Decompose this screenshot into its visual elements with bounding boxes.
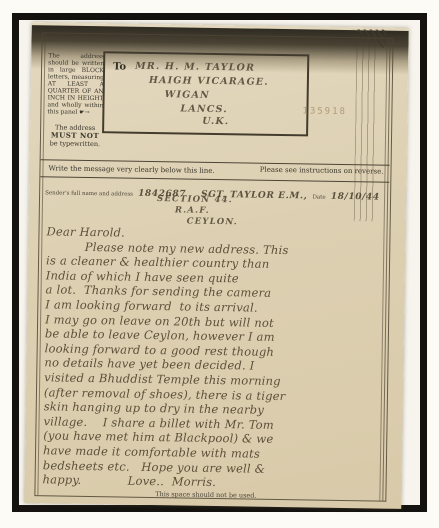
date-label: Date bbox=[312, 194, 325, 200]
message-body: Dear Harold. Please note my new address.… bbox=[42, 224, 382, 492]
address-panel: To MR. H. M. TAYLOR HAIGH VICARAGE. WIGA… bbox=[102, 51, 309, 136]
date-value: 18/10/44 bbox=[331, 192, 380, 203]
to-label: To bbox=[113, 61, 126, 72]
photo-frame: The address should be written in large B… bbox=[12, 13, 427, 512]
address-line: LANCS. bbox=[180, 103, 227, 115]
sender-unit-line: SECTION 44. bbox=[157, 194, 233, 205]
see-instructions-label: Please see instructions on reverse. bbox=[260, 166, 384, 176]
airgraph-photo: The address should be written in large B… bbox=[0, 0, 439, 528]
sender-unit-line: R.A.F. bbox=[175, 205, 210, 216]
write-clearly-label: Write the message very clearly below thi… bbox=[48, 164, 214, 175]
sender-label: Sender's full name and address bbox=[45, 190, 133, 197]
address-line: MR. H. M. TAYLOR bbox=[135, 61, 255, 74]
address-line: U.K. bbox=[202, 116, 229, 127]
airgraph-paper: The address should be written in large B… bbox=[24, 22, 409, 509]
address-line: HAIGH VICARAGE. bbox=[149, 75, 269, 88]
must-not-be-typewritten-note: The address MUST NOT be typewritten. bbox=[47, 123, 103, 148]
serial-number-stamp: 135918 bbox=[302, 106, 347, 117]
instructions-text: The address should be written in large B… bbox=[47, 52, 104, 116]
address-instructions-panel: The address should be written in large B… bbox=[47, 52, 105, 150]
address-line: WIGAN bbox=[165, 89, 210, 101]
